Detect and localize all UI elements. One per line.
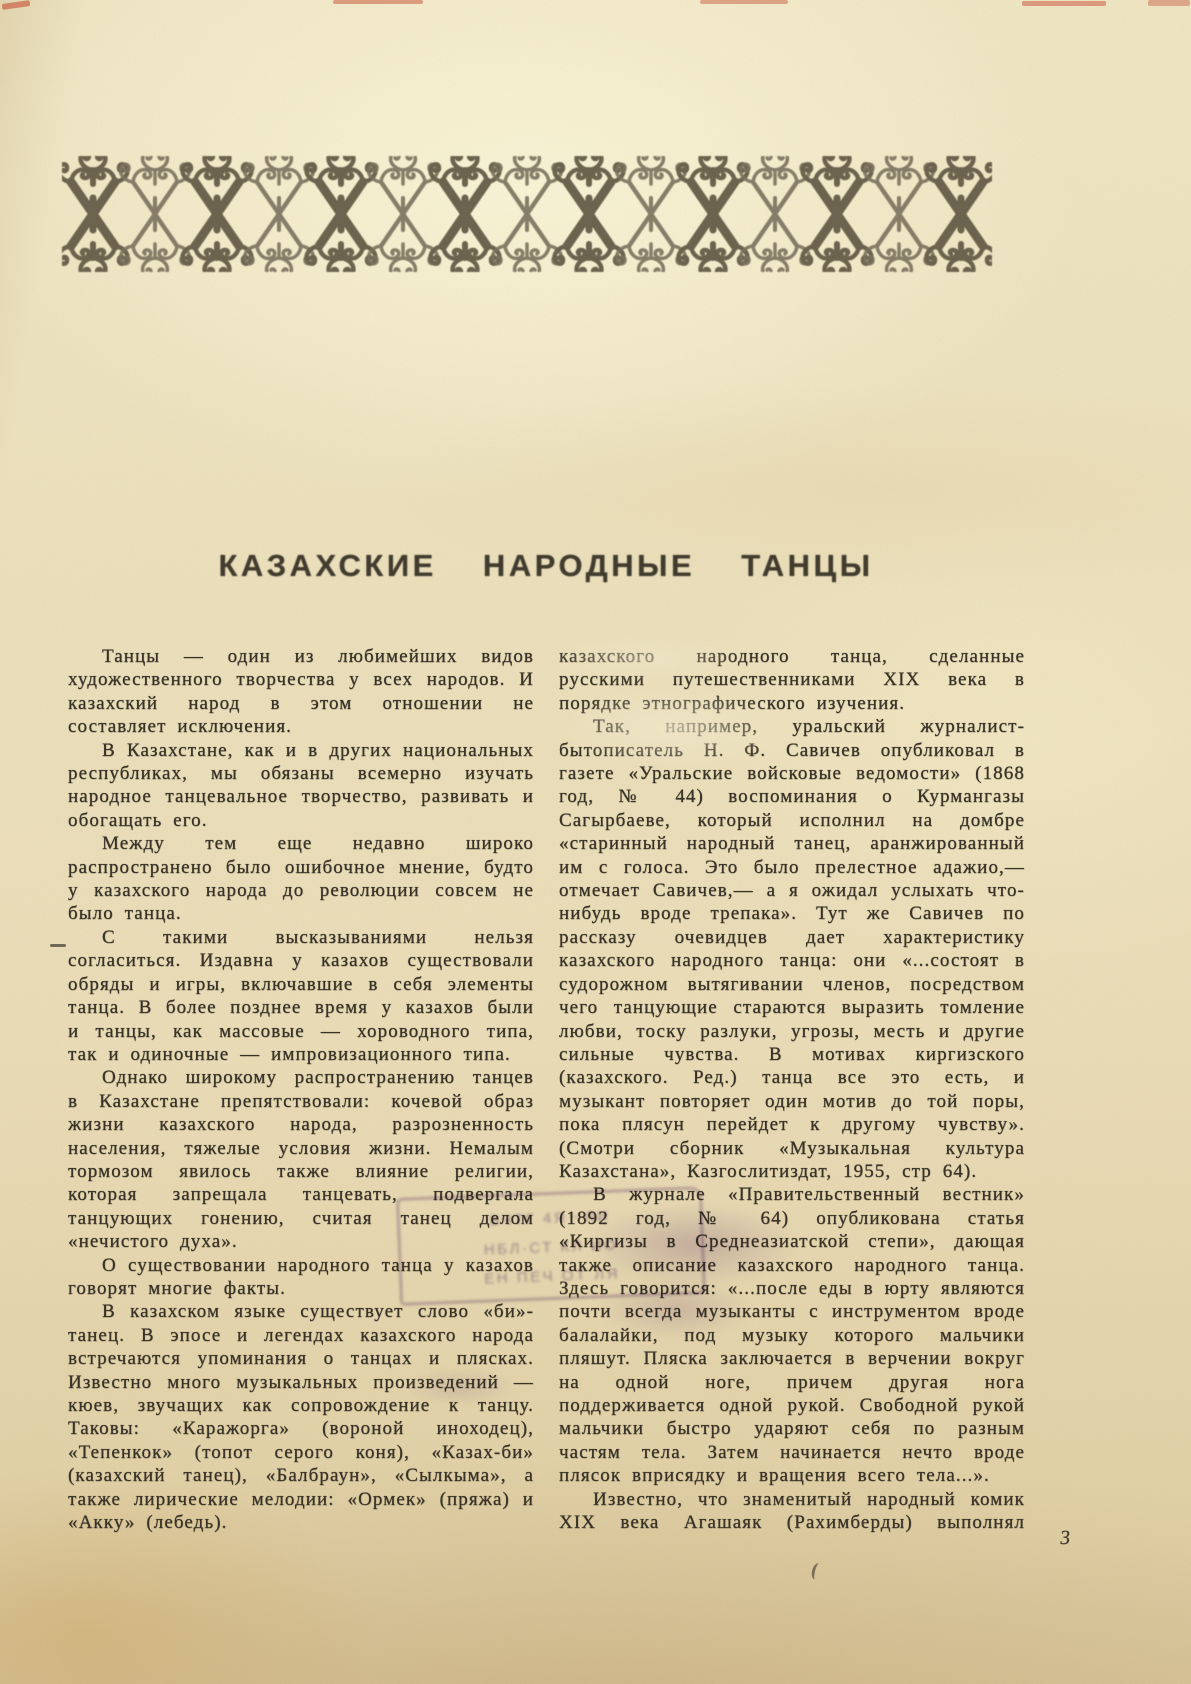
- scan-artifact-red: [700, 0, 788, 4]
- paragraph: Сохранились описания и даже зарисовки: [68, 1534, 534, 1535]
- stamp-illegible-line: ЕН ПЕЧ ОТ ЛЯ: [484, 1266, 620, 1288]
- paragraph: Между тем еще недавно широко распростран…: [68, 832, 534, 926]
- page-number: 3: [1059, 1527, 1072, 1550]
- scan-artifact-red: [1022, 1, 1106, 6]
- text-columns: Танцы — один из любимейших видов художес…: [68, 645, 1026, 1535]
- paragraph: В казахском языке существует слово «би»-…: [68, 1300, 534, 1534]
- paragraph: В Казахстане, как и в других национальны…: [68, 739, 534, 833]
- paragraph: С такими высказываниями нельзя согласить…: [68, 926, 534, 1066]
- article-title: КАЗАХСКИЕ НАРОДНЫЕ ТАНЦЫ: [68, 548, 1024, 584]
- scanned-book-page: КАЗАХСКИЕ НАРОДНЫЕ ТАНЦЫ Танцы — один из…: [0, 0, 1191, 1684]
- stray-ink-mark: [50, 944, 66, 947]
- library-stamp: ВЧТГ 4Я－ЛИ НБЛ·СТ КЛ ИО ЕН ПЕЧ ОТ ЛЯ: [396, 1186, 706, 1306]
- stamp-illegible-line: НБЛ·СТ КЛ ИО: [484, 1237, 619, 1259]
- paragraph: Танцы — один из любимейших видов художес…: [68, 645, 534, 739]
- stamp-illegible-line: ВЧТГ 4Я－ЛИ: [489, 1205, 610, 1231]
- scan-artifact-red: [333, 0, 423, 4]
- scan-artifact-red: [2, 0, 31, 10]
- left-column: Танцы — один из любимейших видов художес…: [68, 645, 534, 1535]
- scan-artifact-red: [1148, 0, 1190, 6]
- paragraph: Так, например, уральский журналист-бытоп…: [559, 715, 1025, 1183]
- right-column: казахского народного танца, сделанные ру…: [559, 645, 1025, 1535]
- paragraph: Известно, что знаменитый народный комик …: [559, 1488, 1025, 1535]
- paragraph: казахского народного танца, сделанные ру…: [559, 645, 1025, 715]
- stray-ink-mark: [810, 1562, 824, 1581]
- kazakh-ornament-band: [62, 156, 992, 272]
